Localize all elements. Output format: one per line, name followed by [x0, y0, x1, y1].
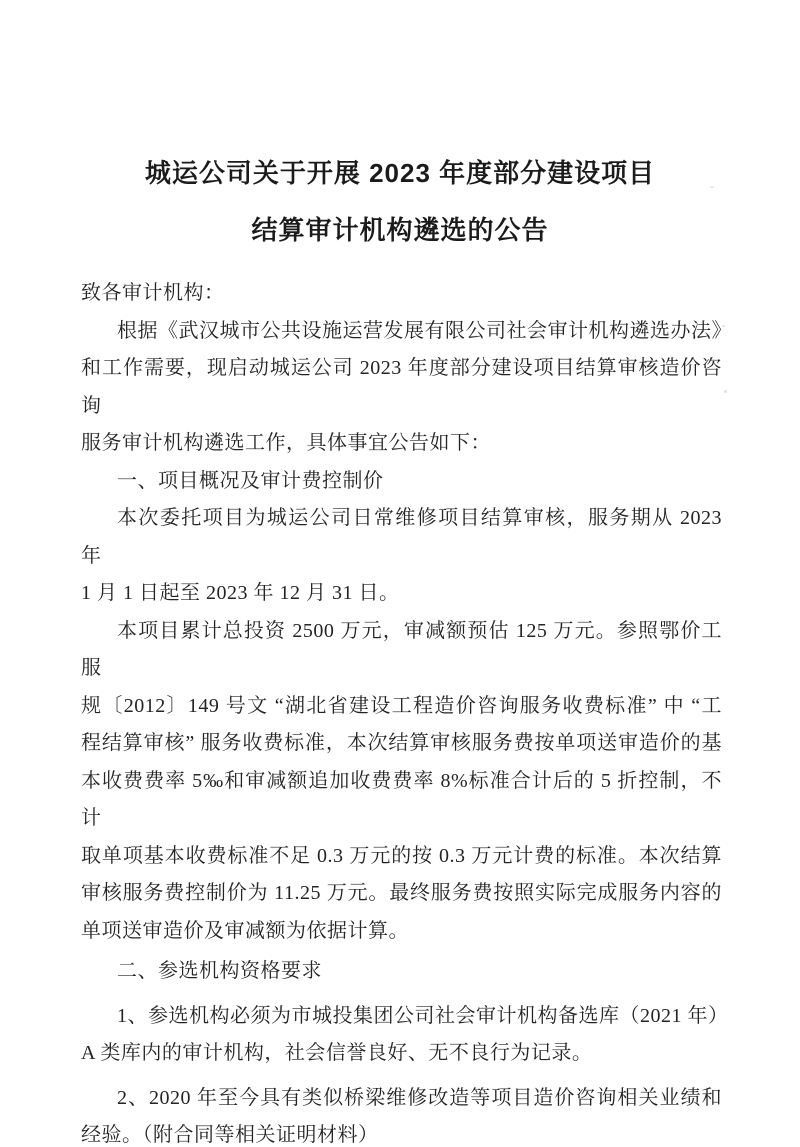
paragraph-line: 本次委托项目为城运公司日常维修项目结算审核，服务期从 2023 年	[81, 500, 722, 575]
paragraph-line: 2、2020 年至今具有类似桥梁维修改造等项目造价咨询相关业绩和	[81, 1080, 722, 1118]
paragraph-body: 本项目累计总投资 2500 万元，审减额预估 125 万元。参照鄂价工服规〔20…	[81, 613, 722, 951]
paragraph-heading: 二、参选机构资格要求	[81, 953, 722, 991]
paragraph-line: 规〔2012〕149 号文 “湖北省建设工程造价咨询服务收费标准” 中 “工	[81, 688, 722, 726]
document-title-line-2: 结算审计机构遴选的公告	[0, 202, 800, 259]
paragraph-line: 二、参选机构资格要求	[81, 953, 722, 991]
paragraph-line: 取单项基本收费标准不足 0.3 万元的按 0.3 万元计费的标准。本次结算	[81, 838, 722, 876]
paragraph-line: 根据《武汉城市公共设施运营发展有限公司社会审计机构遴选办法》	[81, 313, 722, 351]
paragraph-line: 和工作需要，现启动城运公司 2023 年度部分建设项目结算审核造价咨询	[81, 350, 722, 425]
scan-speck	[722, 325, 725, 327]
paragraph-line: 审核服务费控制价为 11.25 万元。最终服务费按照实际完成服务内容的	[81, 875, 722, 913]
paragraph-body: 根据《武汉城市公共设施运营发展有限公司社会审计机构遴选办法》和工作需要，现启动城…	[81, 313, 722, 463]
paragraph-heading: 一、项目概况及审计费控制价	[81, 463, 722, 501]
paragraph-line: 1 月 1 日起至 2023 年 12 月 31 日。	[81, 575, 722, 613]
paragraph-line: 经验。（附合同等相关证明材料）	[81, 1117, 722, 1147]
paragraph-line: 程结算审核” 服务收费标准，本次结算审核服务费按单项送审造价的基	[81, 725, 722, 763]
paragraph-body: 本次委托项目为城运公司日常维修项目结算审核，服务期从 2023 年1 月 1 日…	[81, 500, 722, 613]
paragraph-line: 本收费费率 5‰和审减额追加收费费率 8%标准合计后的 5 折控制，不计	[81, 763, 722, 838]
paragraph-body: 1、参选机构必须为市城投集团公司社会审计机构备选库（2021 年）A 类库内的审…	[81, 998, 722, 1073]
paragraph-line: 1、参选机构必须为市城投集团公司社会审计机构备选库（2021 年）	[81, 998, 722, 1036]
paragraph-salutation: 致各审计机构：	[81, 275, 722, 313]
scan-speck	[724, 390, 727, 393]
scan-speck	[520, 1058, 523, 1061]
scan-speck	[710, 186, 714, 188]
document-title: 城运公司关于开展 2023 年度部分建设项目 结算审计机构遴选的公告	[0, 0, 800, 259]
paragraph-line: 致各审计机构：	[81, 275, 722, 313]
scanned-document-page: 城运公司关于开展 2023 年度部分建设项目 结算审计机构遴选的公告 致各审计机…	[0, 0, 800, 1147]
paragraph-line: A 类库内的审计机构，社会信誉良好、无不良行为记录。	[81, 1035, 722, 1073]
paragraph-line: 本项目累计总投资 2500 万元，审减额预估 125 万元。参照鄂价工服	[81, 613, 722, 688]
paragraph-line: 服务审计机构遴选工作，具体事宜公告如下：	[81, 425, 722, 463]
paragraph-line: 一、项目概况及审计费控制价	[81, 463, 722, 501]
document-body: 致各审计机构：根据《武汉城市公共设施运营发展有限公司社会审计机构遴选办法》和工作…	[81, 275, 722, 1147]
paragraph-body: 2、2020 年至今具有类似桥梁维修改造等项目造价咨询相关业绩和经验。（附合同等…	[81, 1080, 722, 1147]
paragraph-line: 单项送审造价及审减额为依据计算。	[81, 913, 722, 951]
document-title-line-1: 城运公司关于开展 2023 年度部分建设项目	[0, 145, 800, 202]
